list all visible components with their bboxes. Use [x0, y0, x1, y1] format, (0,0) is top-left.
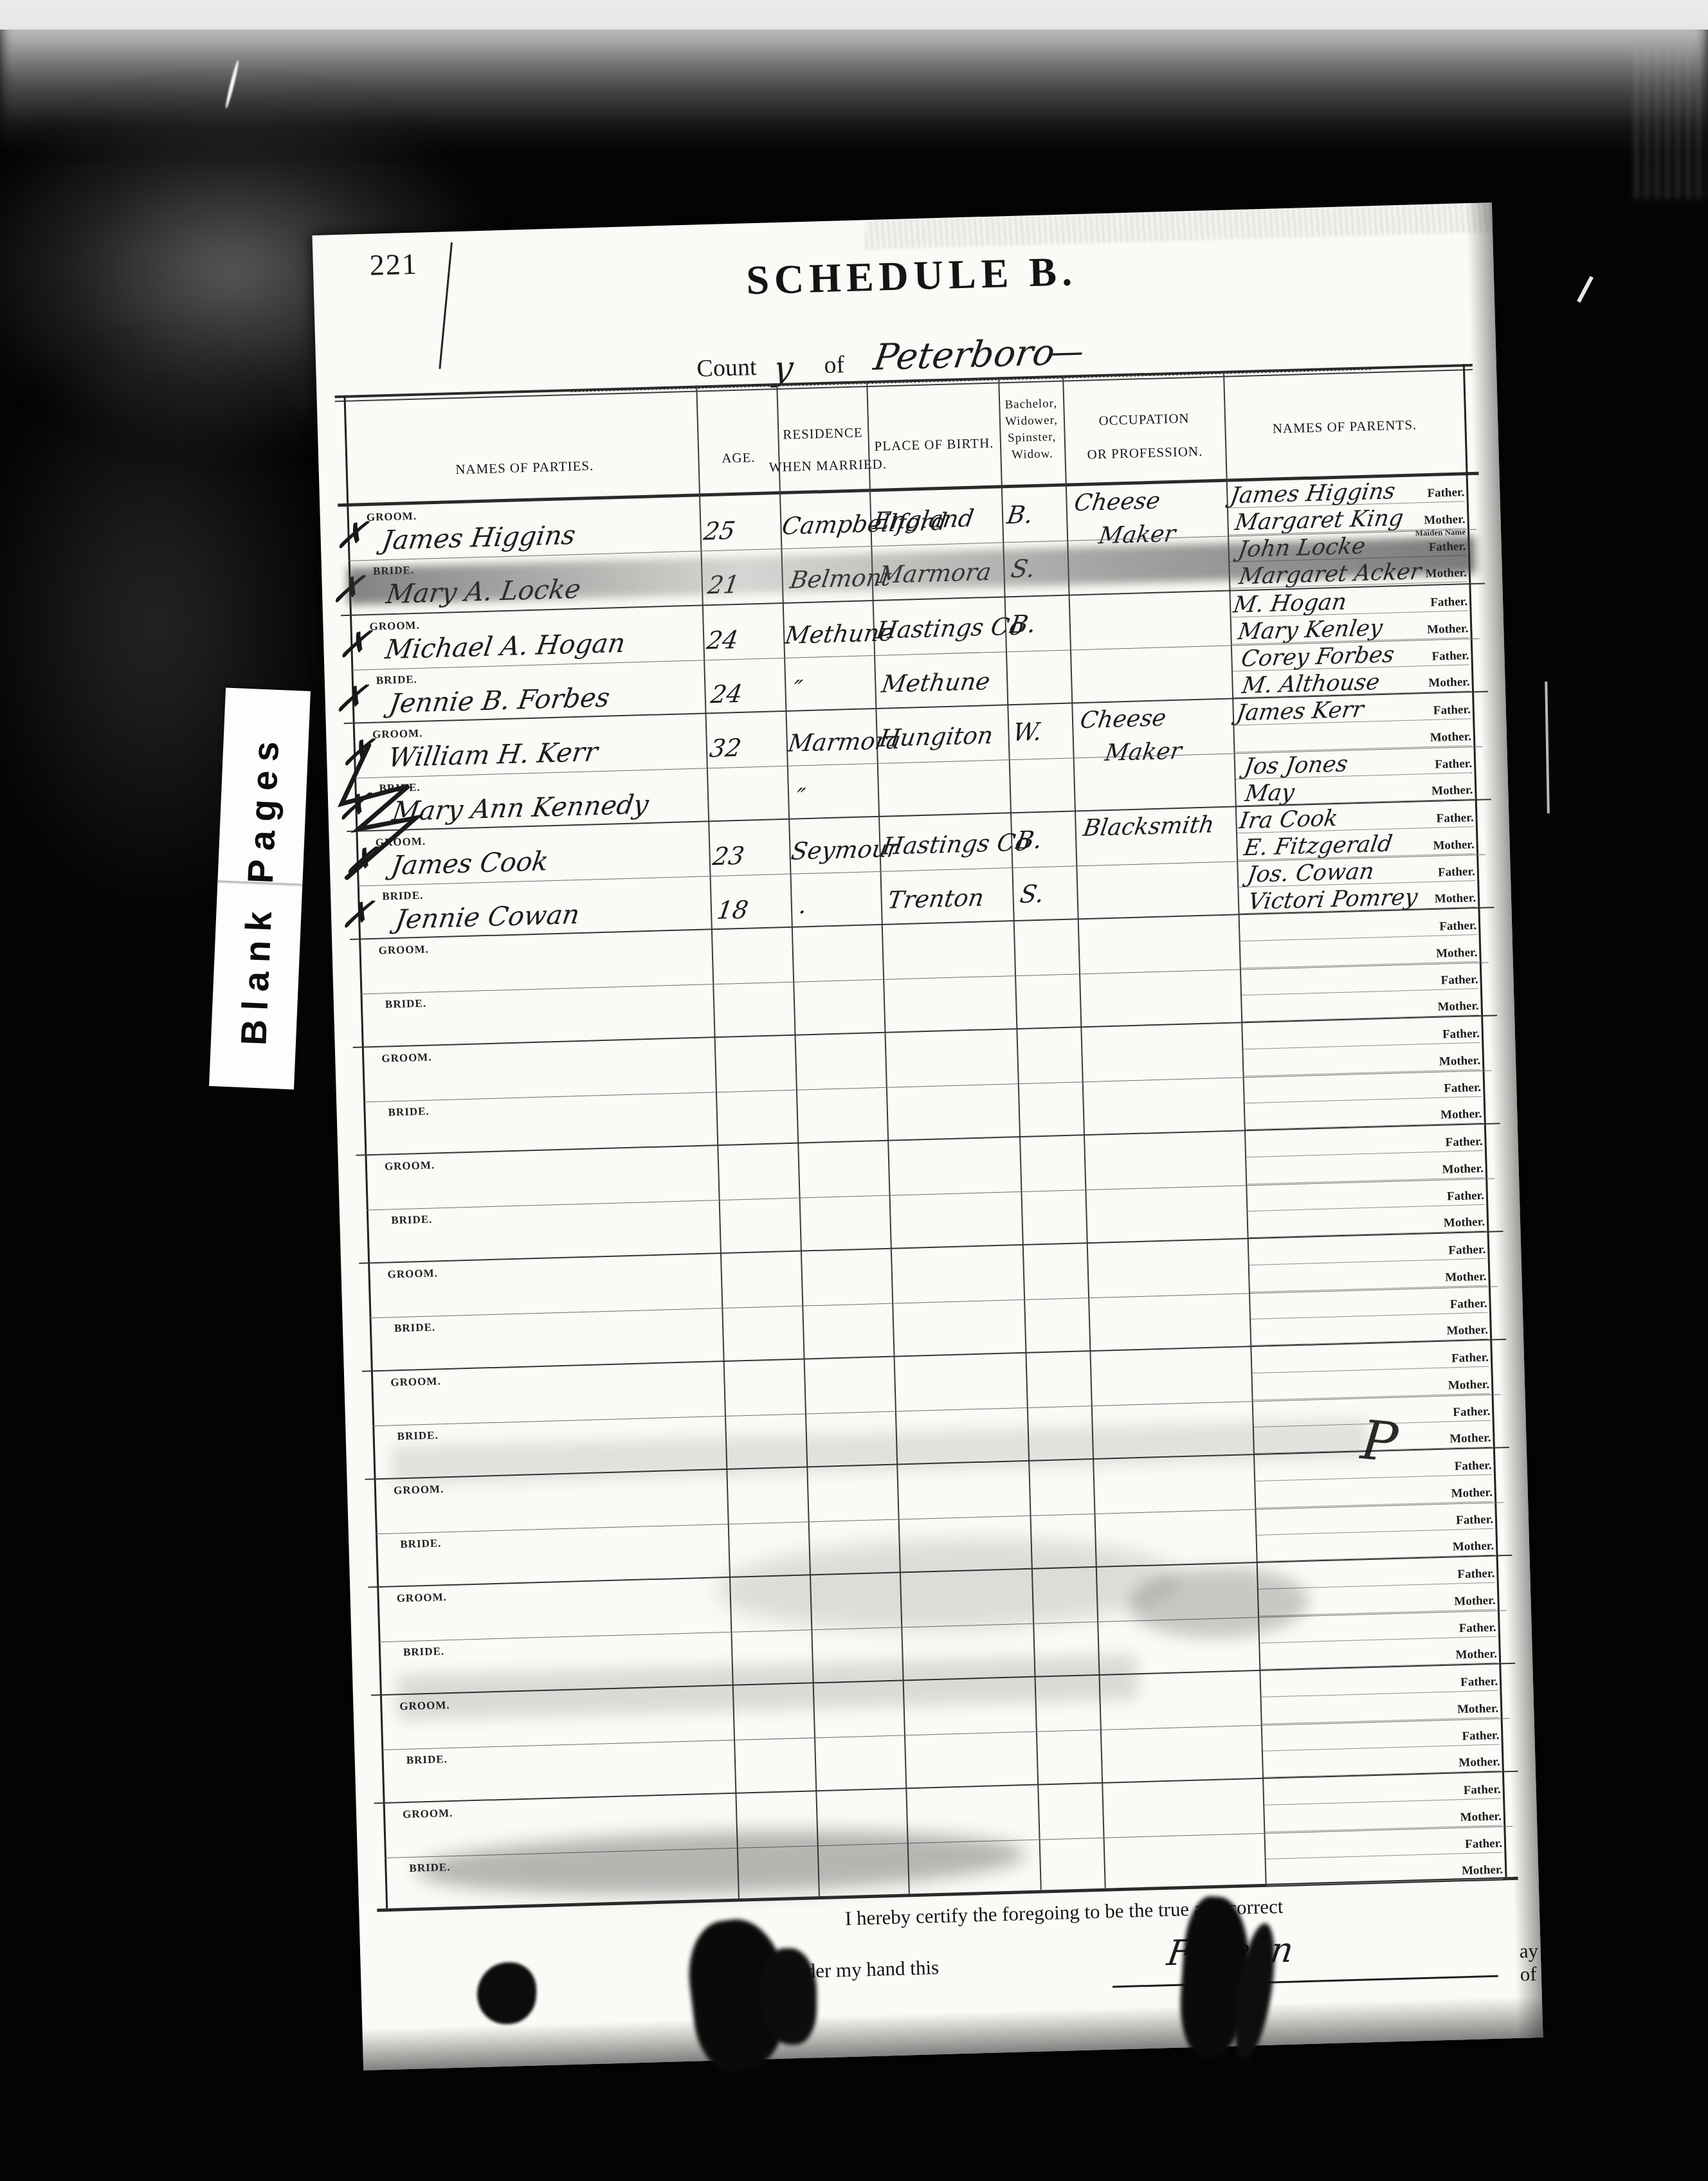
bride-birthplace-handwriting: Methune: [880, 667, 992, 698]
mother-label: Mother.: [1262, 1702, 1498, 1723]
groom-age-handwriting: 25: [702, 516, 737, 546]
groom-father-handwriting: M. Hogan: [1231, 589, 1348, 618]
edge-streaks: [1635, 45, 1708, 199]
spine-strip: Blank Pages: [209, 688, 311, 1090]
father-label: Father.: [1249, 1243, 1485, 1263]
father-label: Father.: [1250, 1297, 1487, 1317]
spine-label: Blank Pages: [209, 688, 311, 1090]
father-label: Father.: [1252, 1351, 1489, 1371]
scratch-mark-top-right: [1577, 276, 1594, 303]
father-label: Father.: [1244, 1081, 1481, 1101]
ink-p-mark: P: [1358, 1408, 1401, 1474]
bride-residence-handwriting: .: [797, 891, 809, 919]
groom-row-label: GROOM.: [394, 1483, 444, 1497]
bride-father-handwriting: Jos Jones: [1242, 751, 1349, 780]
father-label: Father.: [1264, 1783, 1501, 1804]
column-header-parents: NAMES OF PARENTS.: [1224, 415, 1465, 438]
bride-row-label: BRIDE.: [376, 673, 418, 687]
column-header-residence-2: WHEN MARRIED.: [769, 457, 879, 476]
mother-label: Mother.: [1235, 730, 1471, 750]
bride-check-mark: ✗: [333, 681, 368, 718]
bride-row-label: BRIDE.: [388, 1105, 430, 1119]
groom-age-handwriting: 32: [708, 734, 743, 763]
groom-status-handwriting: B.: [1005, 500, 1035, 529]
column-header-status-4: Widow.: [1000, 446, 1065, 464]
father-label: Father.: [1241, 973, 1478, 993]
groom-row-label: GROOM.: [381, 1051, 432, 1065]
bride-row-label: BRIDE.: [385, 997, 427, 1011]
scan-viewport: { "page_number": "221", "spine_label": "…: [0, 0, 1708, 2181]
father-label: Father.: [1243, 1027, 1480, 1047]
groom-mother-handwriting: Margaret King: [1233, 505, 1405, 536]
groom-mother-handwriting: Mary Kenley: [1236, 615, 1384, 645]
groom-row-label: GROOM.: [372, 727, 423, 741]
father-label: Father.: [1266, 1836, 1502, 1857]
groom-age-handwriting: 23: [711, 842, 746, 871]
county-dash: —: [1048, 332, 1087, 372]
groom-birthplace-handwriting: England: [871, 505, 976, 536]
bride-father-handwriting: Corey Forbes: [1239, 642, 1395, 672]
father-label: Father.: [1262, 1729, 1499, 1750]
column-header-birthplace: PLACE OF BIRTH.: [868, 435, 1001, 455]
groom-name-handwriting: James Higgins: [380, 520, 577, 556]
bride-row-label: BRIDE.: [391, 1213, 433, 1227]
column-header-residence-1: RESIDENCE: [777, 424, 868, 443]
county-printed-count: Count: [696, 353, 757, 383]
bride-name-handwriting: Jennie Cowan: [394, 899, 582, 935]
groom-occupation-handwriting-1: Cheese: [1073, 487, 1162, 516]
bride-age-handwriting: 24: [709, 680, 744, 709]
ink-scribble: [331, 740, 444, 891]
mother-label: Mother.: [1249, 1270, 1486, 1290]
groom-status-handwriting: W.: [1011, 718, 1044, 747]
groom-birthplace-handwriting: Hastings Co: [880, 828, 1031, 860]
bride-mother-handwriting: May: [1243, 780, 1296, 807]
bride-status-handwriting: S.: [1018, 880, 1046, 909]
page-edge-highlight: [1545, 682, 1550, 813]
bride-birthplace-handwriting: Trenton: [886, 883, 986, 914]
father-label: Father.: [1240, 919, 1476, 939]
mother-label: Mother.: [1256, 1486, 1493, 1507]
groom-age-handwriting: 24: [705, 626, 740, 655]
county-written-name: Peterboro: [871, 332, 1057, 379]
groom-birthplace-handwriting: Hungiton: [877, 721, 995, 752]
bride-father-handwriting: Jos. Cowan: [1246, 858, 1376, 888]
groom-father-handwriting: James Higgins: [1228, 478, 1397, 509]
mother-label: Mother.: [1244, 1054, 1480, 1074]
bride-name-handwriting: Jennie B. Forbes: [387, 682, 612, 719]
bride-row-label: BRIDE.: [394, 1321, 436, 1335]
column-header-occupation-2: OR PROFESSION.: [1064, 443, 1226, 464]
document-page: 221 SCHEDULE B. Count y of Peterboro — N…: [312, 203, 1543, 2070]
father-label: Father.: [1260, 1621, 1496, 1642]
certify-underline: [1113, 1975, 1498, 1988]
column-header-status-3: Spinster,: [999, 430, 1064, 447]
groom-row-label: GROOM.: [378, 943, 429, 957]
page-bottom-shadow: [362, 1996, 1543, 2070]
groom-row-label: GROOM.: [390, 1375, 441, 1389]
bride-age-handwriting: 18: [715, 896, 750, 925]
father-label: Father.: [1261, 1675, 1498, 1696]
column-header-status-1: Bachelor,: [999, 396, 1064, 413]
column-header-age: AGE.: [699, 449, 778, 467]
groom-row-label: GROOM.: [367, 510, 417, 524]
bride-residence-handwriting: ″: [794, 783, 807, 811]
groom-row-label: GROOM.: [403, 1807, 453, 1821]
bride-row-label: BRIDE.: [403, 1645, 445, 1659]
county-printed-of: of: [824, 350, 845, 379]
groom-birthplace-handwriting: Hastings Co: [875, 612, 1026, 644]
bride-row-label: BRIDE.: [382, 889, 424, 903]
groom-mother-handwriting: E. Fitzgerald: [1242, 831, 1394, 862]
groom-name-handwriting: Michael A. Hogan: [383, 628, 628, 665]
groom-occupation-handwriting-2: Maker: [1103, 738, 1183, 766]
groom-row-label: GROOM.: [385, 1159, 435, 1173]
groom-occupation-handwriting-1: Blacksmith: [1082, 811, 1216, 842]
groom-father-handwriting: James Kerr: [1235, 697, 1365, 727]
groom-check-mark: ✗: [333, 518, 368, 555]
column-header-occupation-1: OCCUPATION: [1064, 410, 1225, 430]
bride-residence-handwriting: ″: [791, 675, 804, 703]
mother-label: Mother.: [1253, 1378, 1489, 1398]
bride-check-mark: ✗: [339, 897, 374, 934]
bride-row-label: BRIDE.: [400, 1537, 442, 1551]
father-label: Father.: [1257, 1513, 1493, 1534]
groom-row-label: GROOM.: [387, 1267, 438, 1281]
ink-blot-5: [477, 1962, 536, 2024]
county-line: Count y of Peterboro —: [316, 329, 1496, 406]
bride-row-label: BRIDE.: [406, 1753, 448, 1767]
groom-check-mark: ✗: [336, 627, 372, 664]
mother-label: Mother.: [1265, 1809, 1502, 1830]
column-header-parties: NAMES OF PARTIES.: [357, 455, 691, 481]
groom-status-handwriting: B.: [1008, 610, 1039, 638]
bride-row-label: BRIDE.: [397, 1429, 439, 1443]
mother-label: Mother.: [1240, 946, 1477, 966]
father-label: Father.: [1246, 1135, 1482, 1155]
groom-status-handwriting: B.: [1014, 826, 1044, 855]
certify-line-2-suffix: ay of: [1519, 1939, 1541, 1986]
column-header-status-2: Widower,: [999, 413, 1064, 430]
father-label: Father.: [1248, 1189, 1484, 1209]
groom-row-label: GROOM.: [369, 619, 420, 633]
mother-label: Mother.: [1247, 1162, 1484, 1182]
groom-occupation-handwriting-1: Cheese: [1078, 705, 1168, 734]
groom-row-label: GROOM.: [396, 1591, 447, 1605]
groom-father-handwriting: Ira Cook: [1238, 806, 1340, 834]
